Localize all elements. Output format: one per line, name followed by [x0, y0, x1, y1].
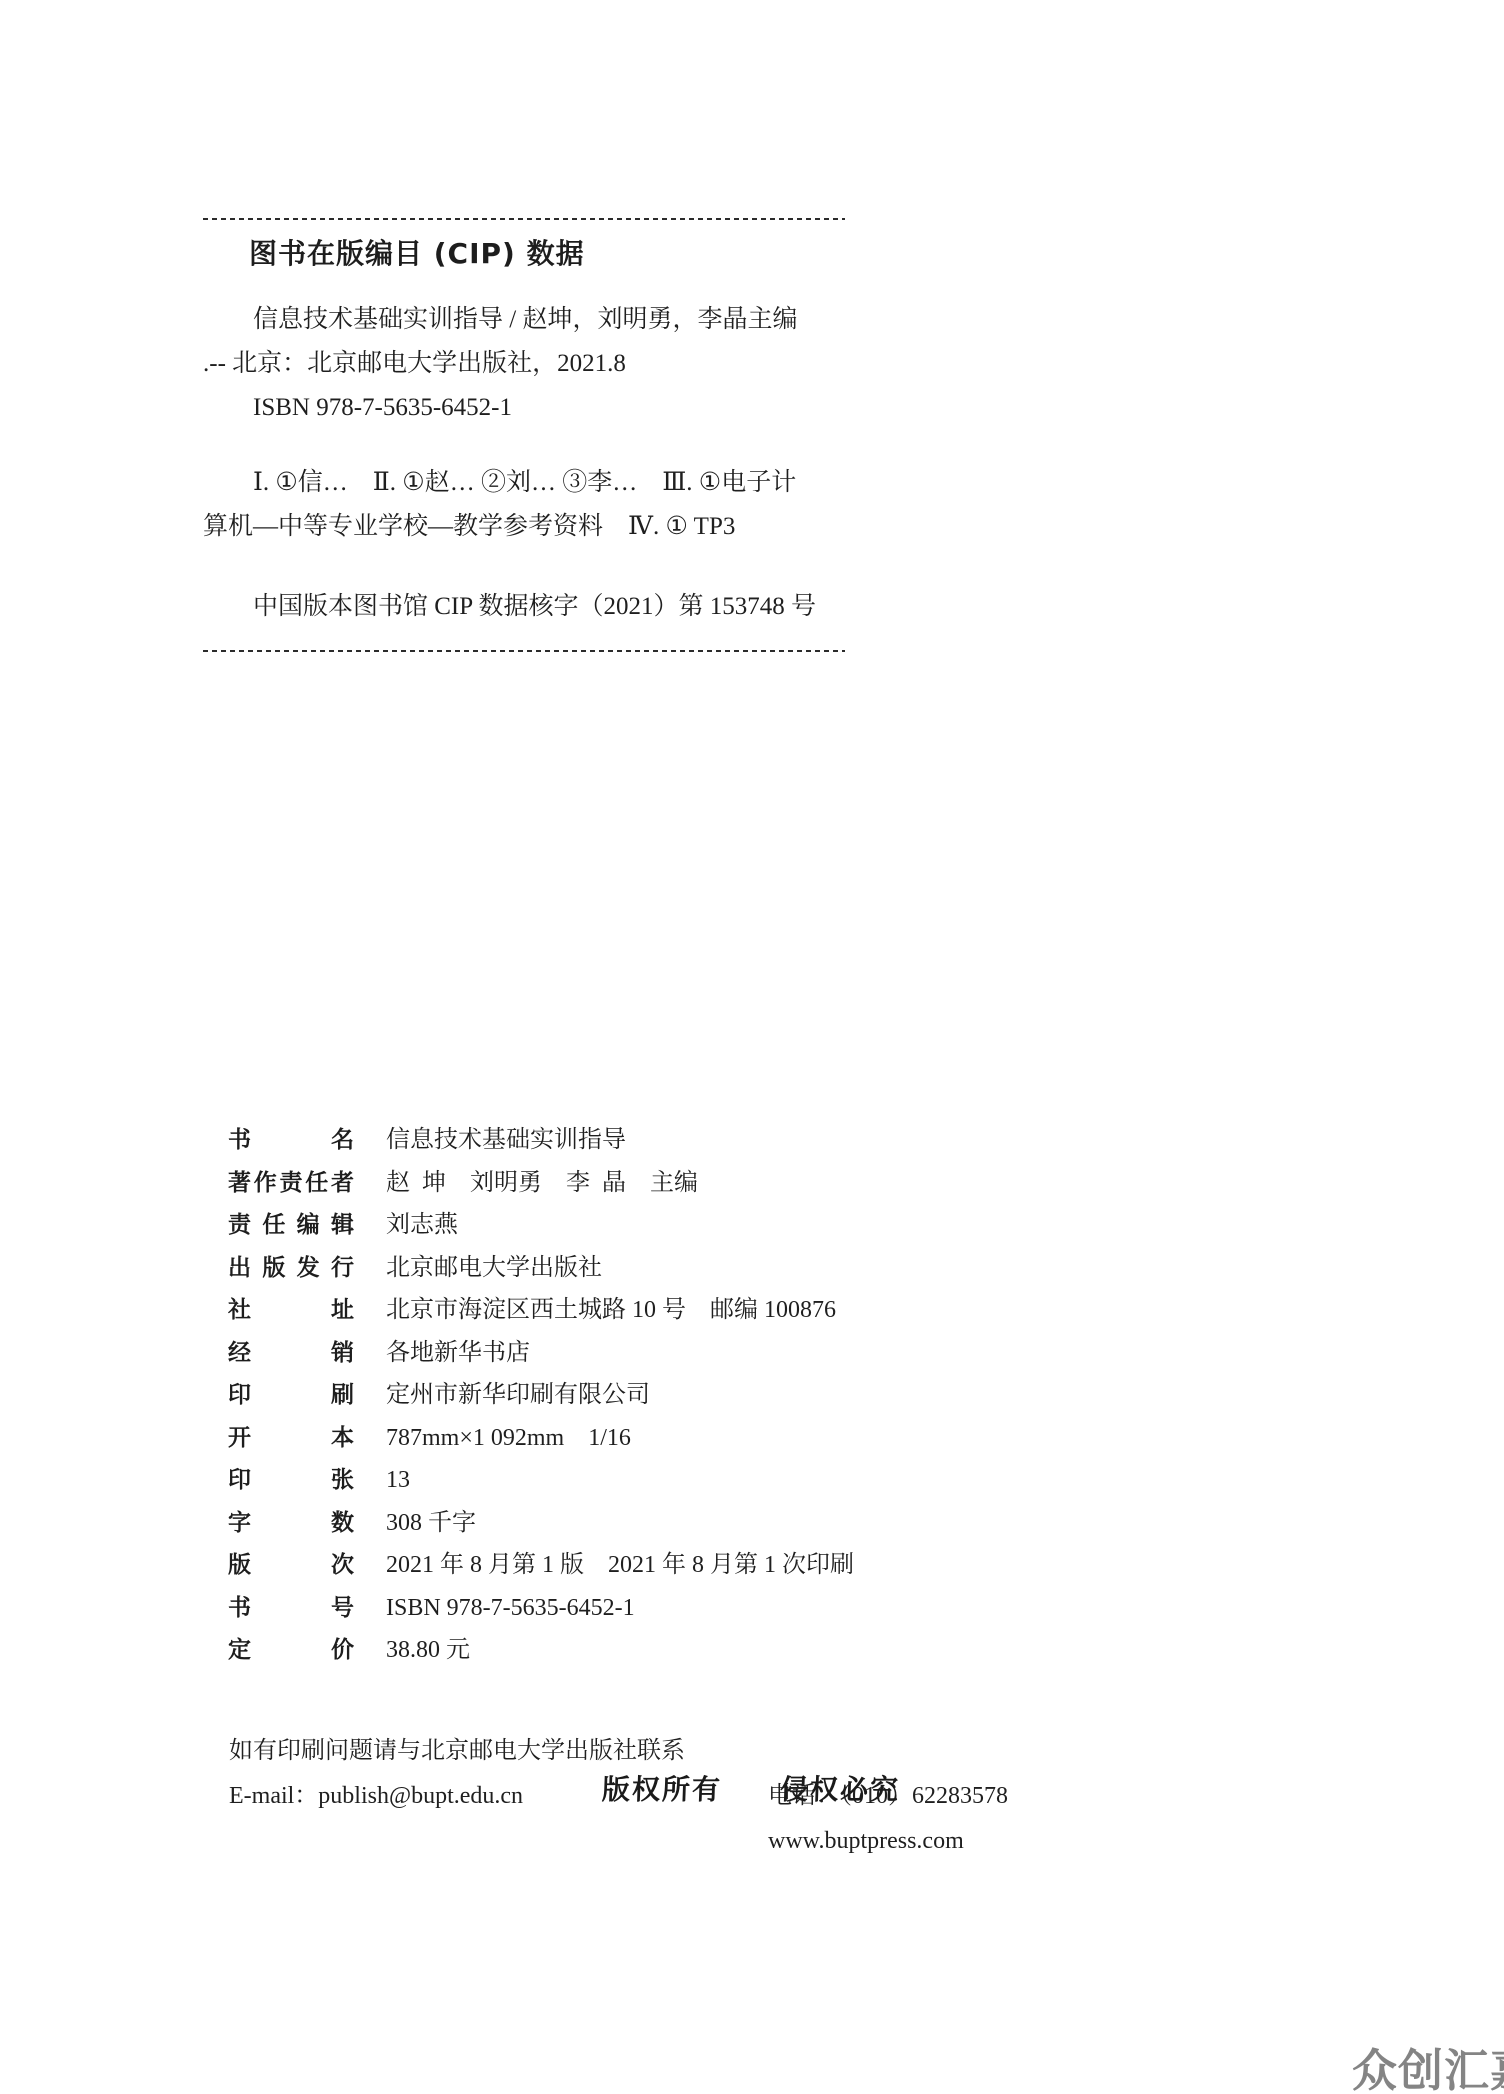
info-label: 定价 [228, 1629, 354, 1672]
info-row: 出版发行北京邮电大学出版社 [228, 1247, 1328, 1290]
info-row: 开本787mm×1 092mm 1/16 [228, 1417, 1328, 1460]
info-label: 印张 [228, 1459, 354, 1502]
info-row: 社址北京市海淀区西土城路 10 号 邮编 100876 [228, 1289, 1328, 1332]
info-value: 赵 坤 刘明勇 李 晶 主编 [386, 1162, 698, 1205]
info-value: 信息技术基础实训指导 [386, 1119, 626, 1162]
info-row: 印张13 [228, 1459, 1328, 1502]
info-label: 社址 [228, 1289, 354, 1332]
info-label: 责任编辑 [228, 1204, 354, 1247]
info-value: 各地新华书店 [386, 1332, 530, 1375]
publication-info-list: 书名信息技术基础实训指导著作责任者赵 坤 刘明勇 李 晶 主编责任编辑刘志燕出版… [228, 1119, 1328, 1672]
info-label: 经销 [228, 1332, 354, 1375]
info-label: 著作责任者 [228, 1162, 354, 1205]
info-value: 刘志燕 [386, 1204, 458, 1247]
copyright-notice-left: 版权所有 [601, 1773, 722, 1806]
cip-line: Ⅰ. ①信… Ⅱ. ①赵… ②刘… ③李… Ⅲ. ①电子计 [203, 461, 845, 505]
cip-line: 中国版本图书馆 CIP 数据核字（2021）第 153748 号 [203, 585, 845, 629]
cip-line: 信息技术基础实训指导 / 赵坤，刘明勇，李晶主编 [203, 298, 845, 342]
info-label: 书号 [228, 1587, 354, 1630]
info-row: 印刷定州市新华印刷有限公司 [228, 1374, 1328, 1417]
info-label: 版次 [228, 1544, 354, 1587]
info-value: 787mm×1 092mm 1/16 [386, 1417, 631, 1460]
cip-line: ISBN 978-7-5635-6452-1 [203, 386, 845, 430]
info-row: 著作责任者赵 坤 刘明勇 李 晶 主编 [228, 1162, 1328, 1205]
info-value: 308 千字 [386, 1502, 476, 1545]
copyright-notice-right: 侵权必究 [779, 1773, 900, 1806]
info-label: 字数 [228, 1502, 354, 1545]
info-label: 书名 [228, 1119, 354, 1162]
info-label: 出版发行 [228, 1247, 354, 1290]
info-label: 开本 [228, 1417, 354, 1460]
info-row: 书号ISBN 978-7-5635-6452-1 [228, 1587, 1328, 1630]
info-row: 版次2021 年 8 月第 1 版 2021 年 8 月第 1 次印刷 [228, 1544, 1328, 1587]
dashed-divider-top [203, 218, 845, 220]
info-value: 定州市新华印刷有限公司 [386, 1374, 650, 1417]
info-value: ISBN 978-7-5635-6452-1 [386, 1587, 635, 1630]
info-row: 书名信息技术基础实训指导 [228, 1119, 1328, 1162]
dashed-divider-bottom [203, 650, 845, 652]
info-row: 定价38.80 元 [228, 1629, 1328, 1672]
cip-heading: 图书在版编目 (CIP) 数据 [249, 236, 845, 272]
cip-lines: 信息技术基础实训指导 / 赵坤，刘明勇，李晶主编.-- 北京：北京邮电大学出版社… [203, 298, 845, 629]
contact-row-phone: 如有印刷问题请与北京邮电大学出版社联系 电话：（010）62283578 [0, 1684, 1504, 1729]
email-address: E-mail：publish@bupt.edu.cn [229, 1774, 523, 1819]
info-row: 经销各地新华书店 [228, 1332, 1328, 1375]
cip-line: .-- 北京：北京邮电大学出版社，2021.8 [203, 342, 845, 386]
info-value: 13 [386, 1459, 410, 1502]
info-value: 2021 年 8 月第 1 版 2021 年 8 月第 1 次印刷 [386, 1544, 854, 1587]
info-value: 北京市海淀区西土城路 10 号 邮编 100876 [386, 1289, 836, 1332]
copyright-notice: 版权所有侵权必究 [601, 1773, 900, 1807]
cip-line: 算机—中等专业学校—教学参考资料 Ⅳ. ① TP3 [203, 505, 845, 549]
info-label: 印刷 [228, 1374, 354, 1417]
info-row: 责任编辑刘志燕 [228, 1204, 1328, 1247]
info-value: 北京邮电大学出版社 [386, 1247, 602, 1290]
info-value: 38.80 元 [386, 1629, 470, 1672]
copyright-page: 图书在版编目 (CIP) 数据 信息技术基础实训指导 / 赵坤，刘明勇，李晶主编… [0, 0, 1504, 2094]
watermark-logo-text: 众创汇嘉 [1352, 2048, 1504, 2094]
cip-block: 图书在版编目 (CIP) 数据 信息技术基础实训指导 / 赵坤，刘明勇，李晶主编… [203, 218, 845, 652]
info-row: 字数308 千字 [228, 1502, 1328, 1545]
contact-row-email: E-mail：publish@bupt.edu.cn www.buptpress… [0, 1729, 1504, 1774]
website-url: www.buptpress.com [768, 1819, 964, 1864]
